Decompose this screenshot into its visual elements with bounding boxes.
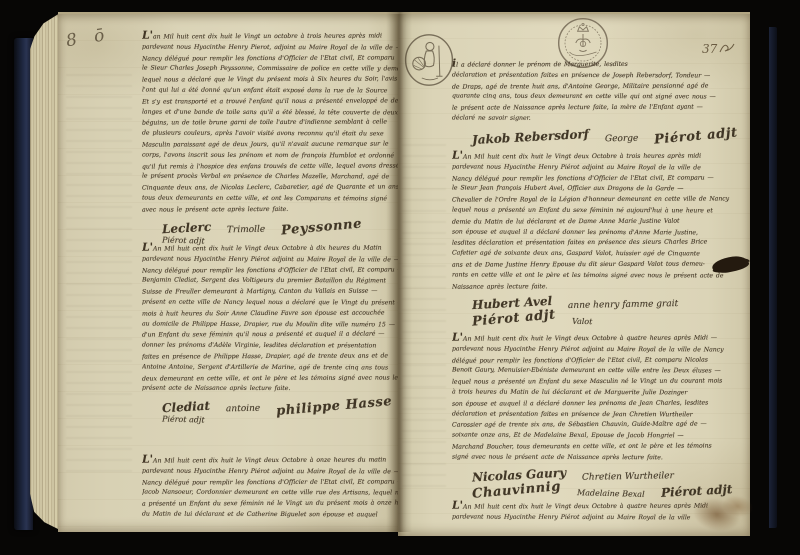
record-line: présent en cette ville de Nancy lequel n…	[142, 298, 400, 310]
record-line: L'an Mil huit cent dix huit le Vingt un …	[142, 29, 400, 43]
birth-record: L'An Mil huit cent dix huit le Vingt deu…	[452, 332, 748, 498]
book-scan: 8 ō L'an Mil huit cent dix huit le Vingt…	[0, 0, 800, 555]
record-line: son épouse et auquel il a déclaré donner…	[452, 398, 748, 410]
signature: Piérot adjt	[654, 125, 739, 147]
birth-record: L'an Mil huit cent dix huit le Vingt un …	[142, 30, 400, 245]
signature: antoine	[226, 404, 260, 415]
record-line: mois à huit heures du Soir Anne Claudine…	[142, 308, 400, 320]
record-line: L'An Mil huit cent dix huit le Vingt deu…	[142, 453, 400, 467]
record-line: déclaré ne savoir signer.	[452, 113, 748, 125]
record-line: pardevant nous Hyacinthe Henry Piérot ad…	[452, 162, 748, 174]
record-line: à trois heures du Matin de lui déclarant…	[452, 387, 748, 399]
signature: philippe Hasse	[276, 394, 393, 419]
signature: Valot	[572, 317, 593, 327]
signature: anne henry famme grait	[568, 299, 678, 311]
record-line: lequel nous a présenté un Enfant du sexe…	[452, 205, 748, 217]
signature: Jakob Rebersdorf	[472, 127, 590, 147]
record-line: signé avec nous le présent acte de Naiss…	[452, 452, 748, 464]
birth-record: L'An Mil huit cent dix huit le Vingt deu…	[142, 454, 400, 521]
record-line: L'An Mil huit cent dix huit le Vingt deu…	[452, 149, 748, 163]
book-cover-right	[769, 27, 777, 528]
record-line: pardevant nous Hyacinthe Henry Piérot ad…	[142, 254, 400, 266]
record-line: ans et de Dame Justine Henry Epouse du d…	[452, 259, 748, 271]
page-edges-left	[30, 13, 60, 530]
signature: Madelaine Bexal	[577, 488, 645, 499]
birth-record: L'An Mil huit cent dix huit le Vingt deu…	[452, 150, 748, 326]
record-line: demie du Matin de lui déclarant et de Da…	[452, 216, 748, 228]
signature: Piérot adjt	[162, 415, 205, 425]
signature-row: Jakob RebersdorfGeorgePiérot adjt	[452, 125, 748, 144]
record-line: corps, l'avons inscrit sous les prénom e…	[142, 150, 400, 162]
left-page: 8 ō L'an Mil huit cent dix huit le Vingt…	[58, 12, 398, 532]
record-line: présent acte de Naissance après lecture …	[142, 384, 400, 396]
right-page-text: il a déclaré donner le prénom de Marguer…	[452, 14, 748, 536]
record-line: Naissance après lecture faite.	[452, 281, 748, 293]
signature-row: Clediatantoinephilippe HassePiérot adjt	[142, 395, 400, 424]
record-line: L'An Mil huit cent dix huit le Vingt deu…	[142, 241, 400, 255]
record-line: Antoine Antoine, Sergent d'Artillerie de…	[142, 362, 400, 374]
record-line: pardevant nous Hyacinthe Henry Piérot ad…	[452, 344, 748, 356]
record-line: Marchand Boucher, tous demeurants en cet…	[452, 441, 748, 453]
birth-record: il a déclaré donner le prénom de Marguer…	[452, 58, 748, 144]
record-line: avec nous le présent acte après lecture …	[142, 204, 400, 216]
record-line: rants en cette ville et ont le père et l…	[452, 270, 748, 282]
right-page: 37 il a déclaré donner le prénom de Marg…	[398, 12, 750, 536]
birth-record: L'An Mil huit cent dix huit le Vingt deu…	[142, 242, 400, 424]
record-line: du Matin de lui déclarant et de Catherin…	[142, 510, 400, 522]
signature-row: LeclercTrimollePeyssonnePiérot adjt	[142, 216, 400, 245]
signature: George	[605, 133, 638, 144]
signature: Clediat	[162, 399, 211, 415]
record-line: il a déclaré donner le prénom de Marguer…	[452, 57, 748, 71]
record-line: L'An Mil huit cent dix huit le Vingt deu…	[452, 331, 748, 345]
ink-bleedthrough	[66, 74, 132, 474]
record-line: faites en présence de Philippe Hasse, Dr…	[142, 351, 400, 363]
signature: Trimolle	[227, 224, 265, 235]
effigy-round-stamp	[402, 31, 456, 89]
record-line: l'ont qui lui a été donné qu'un enfant é…	[142, 86, 400, 98]
record-line: Et s'y est transporté et a trouvé l'enfa…	[142, 96, 400, 108]
record-line: Masculin paraissant agé de deux Jours, q…	[142, 139, 400, 151]
record-line: pardevant nous Hyacinthe Henry Pierot, a…	[142, 42, 400, 54]
signature: Chretien Wurtheiler	[582, 471, 674, 483]
marginal-annotation: 8 ō	[65, 25, 112, 52]
signature: Peyssonne	[281, 216, 363, 238]
signature-row: Hubert Avelanne henry famme graitPiérot …	[452, 292, 748, 326]
ink-bleedthrough	[402, 144, 446, 494]
record-line: déclaration et présentation faites en pr…	[452, 70, 748, 82]
record-line: tous deux demeurants en cette ville, et …	[142, 194, 400, 206]
left-page-text: L'an Mil huit cent dix huit le Vingt un …	[142, 14, 400, 532]
record-line: pardevant nous Hyacinthe Henry Piérot ad…	[142, 466, 400, 478]
signature: Leclerc	[162, 219, 212, 236]
